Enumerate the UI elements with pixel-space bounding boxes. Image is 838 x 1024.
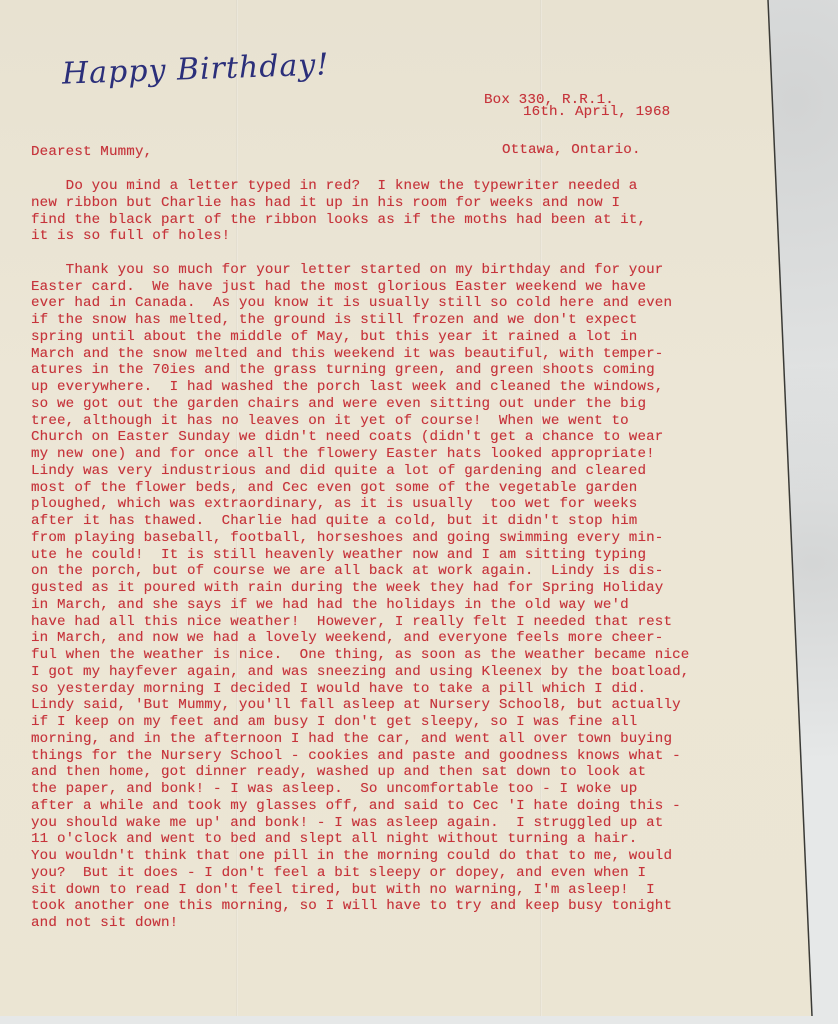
typed-line: ute he could! It is still heavenly weath… <box>31 547 689 564</box>
typed-line: tree, although it has no leaves on it ye… <box>31 413 689 430</box>
typed-line: find the black part of the ribbon looks … <box>31 212 689 229</box>
typed-line: sit down to read I don't feel tired, but… <box>31 882 689 899</box>
typed-line: Lindy was very industrious and did quite… <box>31 463 689 480</box>
typed-line: atures in the 70ies and the grass turnin… <box>31 362 689 379</box>
typed-line: and then home, got dinner ready, washed … <box>31 764 689 781</box>
letter-body: Do you mind a letter typed in red? I kne… <box>31 178 689 932</box>
typed-line: things for the Nursery School - cookies … <box>31 748 689 765</box>
typed-line: ploughed, which was extraordinary, as it… <box>31 496 689 513</box>
typed-line: from playing baseball, football, horsesh… <box>31 530 689 547</box>
typed-line: and not sit down! <box>31 915 689 932</box>
typed-line: I got my hayfever again, and was sneezin… <box>31 664 689 681</box>
typed-line: ful when the weather is nice. One thing,… <box>31 647 689 664</box>
typed-line: so we got out the garden chairs and were… <box>31 396 689 413</box>
address-line: Ottawa, Ontario. <box>484 142 641 159</box>
sender-address: Box 330, R.R.1. Ottawa, Ontario. <box>484 58 641 192</box>
typed-line: ever had in Canada. As you know it is us… <box>31 295 689 312</box>
typed-line: on the porch, but of course we are all b… <box>31 563 689 580</box>
typed-line: if the snow has melted, the ground is st… <box>31 312 689 329</box>
typed-line: the paper, and bonk! - I was asleep. So … <box>31 781 689 798</box>
typed-line: in March, and she says if we had had the… <box>31 597 689 614</box>
typed-line: my new one) and for once all the flowery… <box>31 446 689 463</box>
typed-line: Easter card. We have just had the most g… <box>31 279 689 296</box>
typed-line: new ribbon but Charlie has had it up in … <box>31 195 689 212</box>
typed-line: after a while and took my glasses off, a… <box>31 798 689 815</box>
typed-line: up everywhere. I had washed the porch la… <box>31 379 689 396</box>
paragraph-gap <box>31 245 689 262</box>
typed-line: Church on Easter Sunday we didn't need c… <box>31 429 689 446</box>
typed-line: Thank you so much for your letter starte… <box>31 262 689 279</box>
letter-page: Happy Birthday! Box 330, R.R.1. Ottawa, … <box>0 0 812 1016</box>
typed-line: gusted as it poured with rain during the… <box>31 580 689 597</box>
typed-line: Do you mind a letter typed in red? I kne… <box>31 178 689 195</box>
typed-line: most of the flower beds, and Cec even go… <box>31 480 689 497</box>
handwritten-greeting: Happy Birthday! <box>61 47 329 91</box>
salutation: Dearest Mummy, <box>31 144 152 161</box>
typed-line: if I keep on my feet and am busy I don't… <box>31 714 689 731</box>
typed-line: in March, and now we had a lovely weeken… <box>31 630 689 647</box>
typed-line: March and the snow melted and this weeke… <box>31 346 689 363</box>
typed-line: you should wake me up' and bonk! - I was… <box>31 815 689 832</box>
letter-date: 16th. April, 1968 <box>523 104 670 121</box>
typed-line: so yesterday morning I decided I would h… <box>31 681 689 698</box>
typed-line: morning, and in the afternoon I had the … <box>31 731 689 748</box>
typed-line: 11 o'clock and went to bed and slept all… <box>31 831 689 848</box>
typed-line: You wouldn't think that one pill in the … <box>31 848 689 865</box>
typed-line: have had all this nice weather! However,… <box>31 614 689 631</box>
typed-line: it is so full of holes! <box>31 228 689 245</box>
typed-line: Lindy said, 'But Mummy, you'll fall asle… <box>31 697 689 714</box>
typed-line: after it has thawed. Charlie had quite a… <box>31 513 689 530</box>
typed-line: spring until about the middle of May, bu… <box>31 329 689 346</box>
typed-line: took another one this morning, so I will… <box>31 898 689 915</box>
typed-line: you? But it does - I don't feel a bit sl… <box>31 865 689 882</box>
